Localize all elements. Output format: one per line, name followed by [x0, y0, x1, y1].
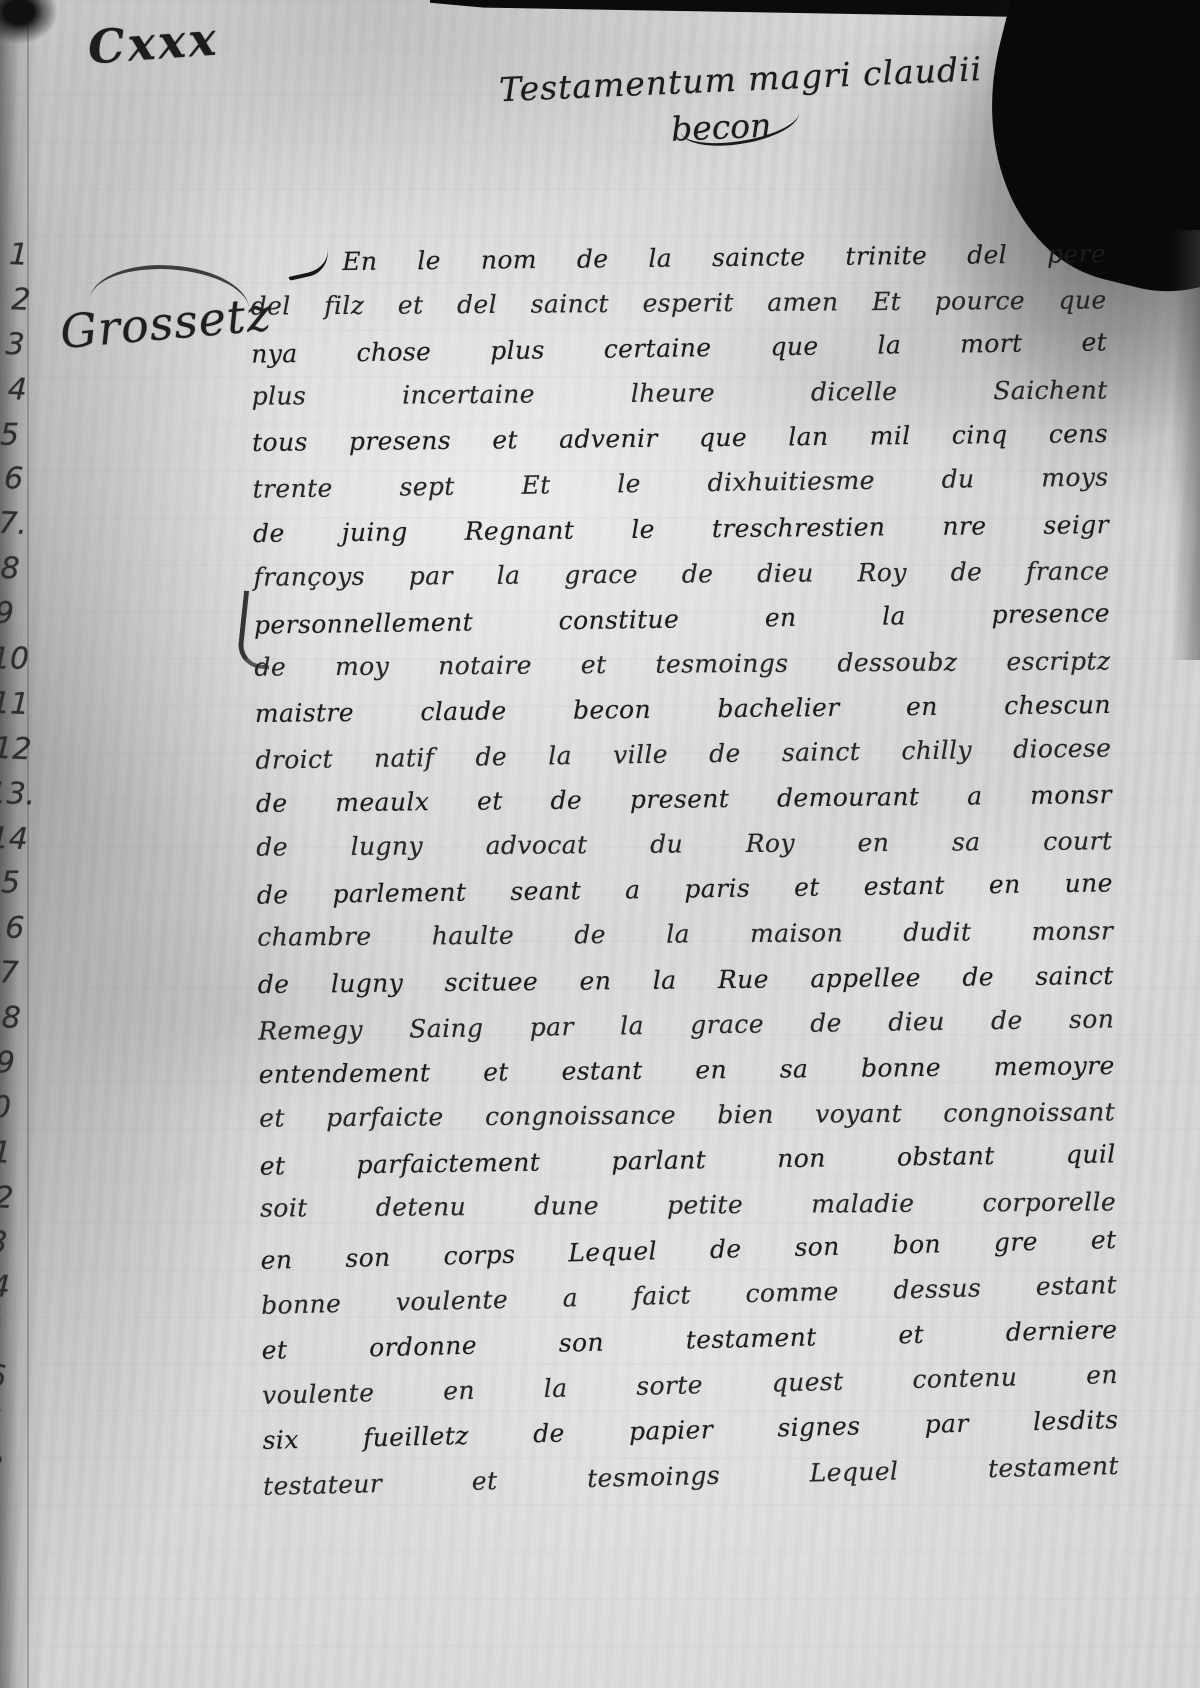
- line-number: 11: [0, 682, 40, 729]
- line-number: 23: [0, 1220, 18, 1267]
- line-number: 8: [0, 547, 49, 594]
- line-number: 22: [0, 1175, 24, 1222]
- top-left-corner-shadow: [0, 0, 58, 44]
- line-number: 2: [10, 278, 59, 325]
- line-number: 28: [0, 1444, 13, 1491]
- line-number: 19: [0, 1040, 25, 1087]
- line-number: 6: [3, 457, 52, 504]
- manuscript-line: plus incertaine lheure dicelle Saichent: [251, 368, 1107, 419]
- line-number: 15: [0, 862, 30, 907]
- line-number: 7.: [0, 502, 47, 549]
- line-number: 21: [0, 1130, 22, 1177]
- line-number: 5: [0, 413, 48, 458]
- manuscript-line: En le nom de la saincte trinite del pere: [250, 231, 1106, 285]
- line-number: 16: [0, 906, 35, 953]
- manuscript-page: Cxxx Testamentum magri claudii becon Gro…: [0, 0, 1200, 1688]
- line-number: 20: [0, 1086, 21, 1131]
- line-number: 9: [0, 592, 43, 639]
- line-number: 25: [0, 1310, 12, 1355]
- line-number: 27: [0, 1399, 11, 1446]
- right-edge-shadow: [1172, 230, 1200, 660]
- line-number: 3: [5, 323, 54, 370]
- line-number: 10: [0, 637, 39, 682]
- manuscript-body: En le nom de la saincte trinite del pere…: [250, 231, 1119, 1503]
- line-number: 14: [0, 816, 38, 863]
- line-number: 26: [0, 1355, 17, 1402]
- line-number: 1: [8, 233, 57, 280]
- line-number: 24: [0, 1265, 20, 1312]
- manuscript-line: chambre haulte de la maison dudit monsr: [257, 909, 1113, 960]
- line-number: 13.: [0, 771, 36, 818]
- line-number: 18: [0, 996, 31, 1043]
- line-number: 17: [0, 951, 29, 998]
- line-number: 4: [7, 368, 56, 415]
- line-number: 12: [0, 727, 42, 774]
- manuscript-line: de moy notaire et tesmoings dessoubz esc…: [254, 638, 1110, 689]
- folio-number: Cxxx: [86, 12, 220, 75]
